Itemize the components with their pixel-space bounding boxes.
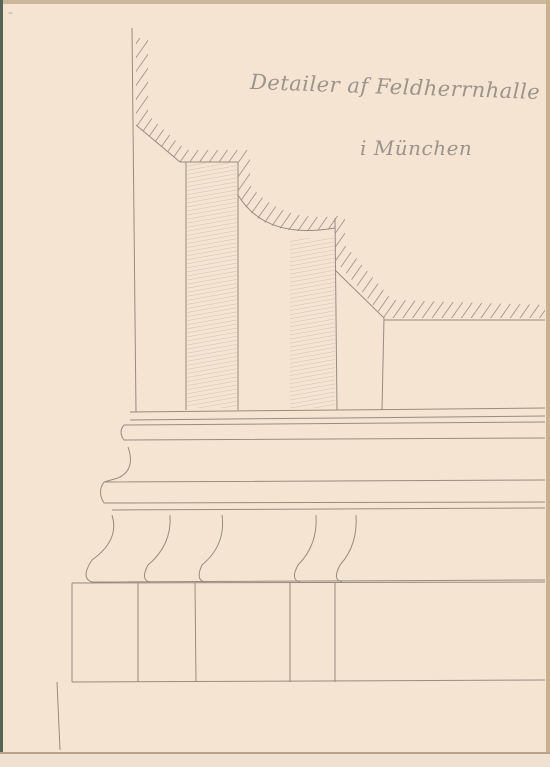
architectural-drawing [0,0,550,767]
paper-bottom-edge [0,752,550,767]
sketch-paper-sheet: = [0,0,550,767]
caption-location: i München [360,136,472,160]
